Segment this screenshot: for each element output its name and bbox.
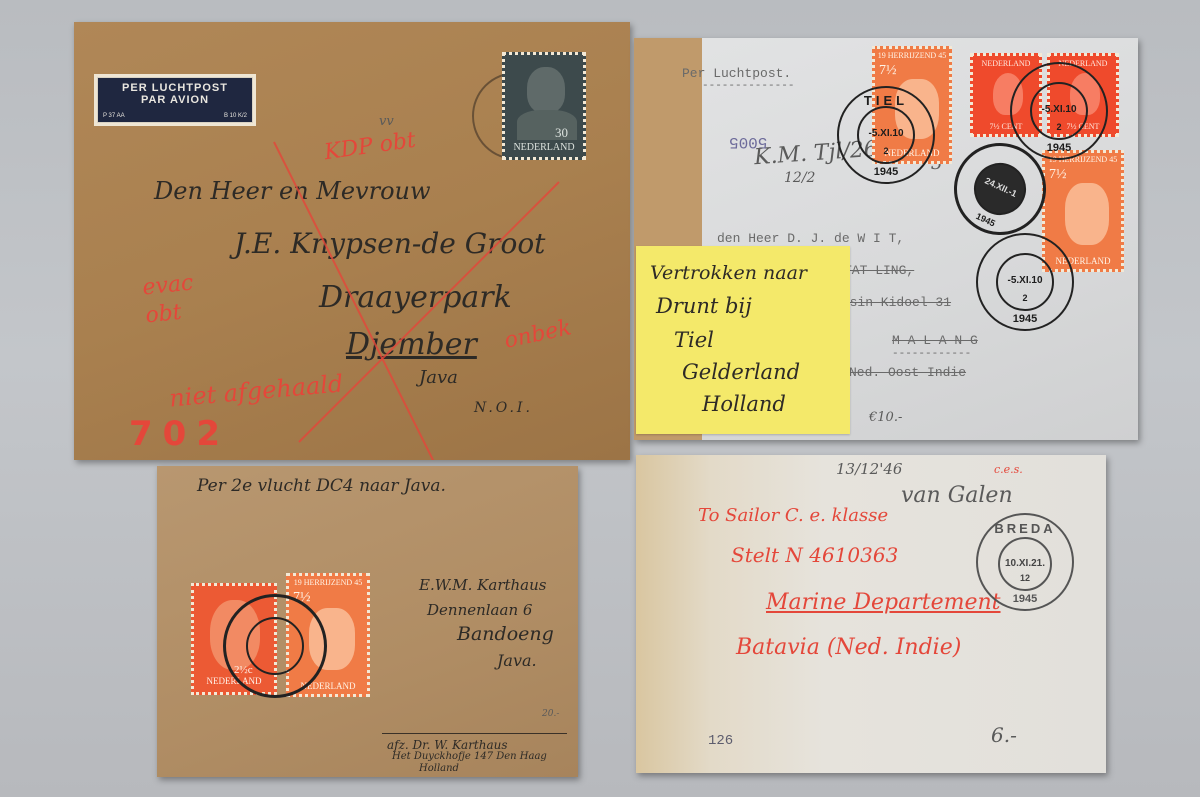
red-corner-note: c.e.s.: [994, 463, 1023, 476]
stamp-header: 19 HERRIJZEND 45: [875, 51, 949, 60]
red-address-1: To Sailor C. e. klasse: [698, 505, 888, 526]
red-address-4: Batavia (Ned. Indie): [736, 635, 961, 660]
sender-divider: [382, 733, 567, 734]
stamp-country: NEDERLAND: [973, 59, 1039, 68]
sticky-line-3: Tiel: [674, 328, 714, 352]
pencil-sub: 12/2: [784, 170, 815, 186]
red-address-2: Stelt N 4610363: [731, 543, 898, 567]
sender-line-3: Holland: [419, 763, 459, 774]
typed-header: Per Luchtpost.: [682, 66, 791, 81]
address-line-3: Bandoeng: [457, 623, 554, 645]
postmark-date: -5.XI.10: [1012, 104, 1106, 115]
typed-dashes: --------------: [702, 80, 794, 92]
red-cross-mark: [74, 22, 630, 460]
stamp-value: 7½: [1049, 167, 1067, 183]
pencil-name: van Galen: [901, 483, 1013, 508]
address-line-4: Java.: [497, 651, 537, 670]
postmark-seq: 2: [1012, 122, 1106, 132]
postmark-breda: BREDA 10.XI.21. 12 1945: [976, 513, 1074, 611]
postmark-arnhem: [223, 594, 327, 698]
address-line-2: Dennenlaan 6: [427, 601, 532, 619]
postmark-date: -5.XI.10: [839, 128, 933, 139]
postmark-year: 1945: [978, 593, 1072, 605]
envelope-number: 126: [708, 733, 733, 749]
postmark-tiel-3: -5.XI.10 2 1945: [976, 233, 1074, 331]
sticky-line-2: Drunt bij: [656, 294, 752, 318]
sticky-line-1: Vertrokken naar: [650, 262, 807, 284]
pencil-price: 6.-: [991, 723, 1017, 747]
postmark-tiel: TIEL -5.XI.10 2 1945: [837, 86, 935, 184]
price-note: €10.-: [869, 410, 902, 425]
envelope-top-right: Per Luchtpost. -------------- 5005 K.M. …: [634, 38, 1138, 440]
postmark-date: 10.XI.21.: [978, 558, 1072, 569]
postmark-date: -5.XI.10: [978, 275, 1072, 286]
sender-line-1: afz. Dr. W. Karthaus: [387, 738, 508, 752]
postmark-seq: 2: [978, 293, 1072, 303]
postmark-town: BREDA: [978, 521, 1072, 536]
postmark-seq: 2: [839, 146, 933, 156]
typed-address-5: Ned. Oost Indie: [849, 365, 966, 380]
sticky-line-5: Holland: [702, 392, 786, 416]
envelope-bottom-left: Per 2e vlucht DC4 naar Java. 2½c NEDERLA…: [157, 466, 578, 777]
pencil-price: 20.-: [542, 709, 559, 719]
typed-address-2: TAT LING,: [844, 263, 914, 278]
header-note: Per 2e vlucht DC4 naar Java.: [197, 476, 446, 496]
stamp-header: 19 HERRIJZEND 45: [289, 578, 367, 587]
typed-address-3: Kasin Kidoel 31: [834, 295, 951, 310]
typed-dashes-2: ------------: [892, 348, 971, 360]
sticky-note: Vertrokken naar Drunt bij Tiel Gelderlan…: [636, 246, 850, 434]
sender-line-2: Het Duyckhofje 147 Den Haag: [392, 751, 547, 762]
sticky-line-4: Gelderland: [682, 360, 800, 384]
postmark-year: 1945: [839, 166, 933, 178]
stamp-value: 7½: [879, 63, 897, 79]
envelope-top-left: PER LUCHTPOST PAR AVION P 37 AA B 10 K/2…: [74, 22, 630, 460]
postmark-seq: 12: [978, 573, 1072, 583]
postmark-tiel-2: -5.XI.10 2 1945: [1010, 62, 1108, 160]
pencil-date: 13/12'46: [836, 460, 902, 478]
red-address-3: Marine Departement: [766, 590, 1001, 615]
address-line-1: E.W.M. Karthaus: [419, 576, 547, 594]
typed-address-4: M A L A N G: [892, 333, 978, 348]
typed-address-1: den Heer D. J. de W I T,: [717, 231, 904, 246]
postmark-year: 1945: [978, 313, 1072, 325]
envelope-bottom-right: 13/12'46 c.e.s. van Galen To Sailor C. e…: [636, 455, 1106, 773]
